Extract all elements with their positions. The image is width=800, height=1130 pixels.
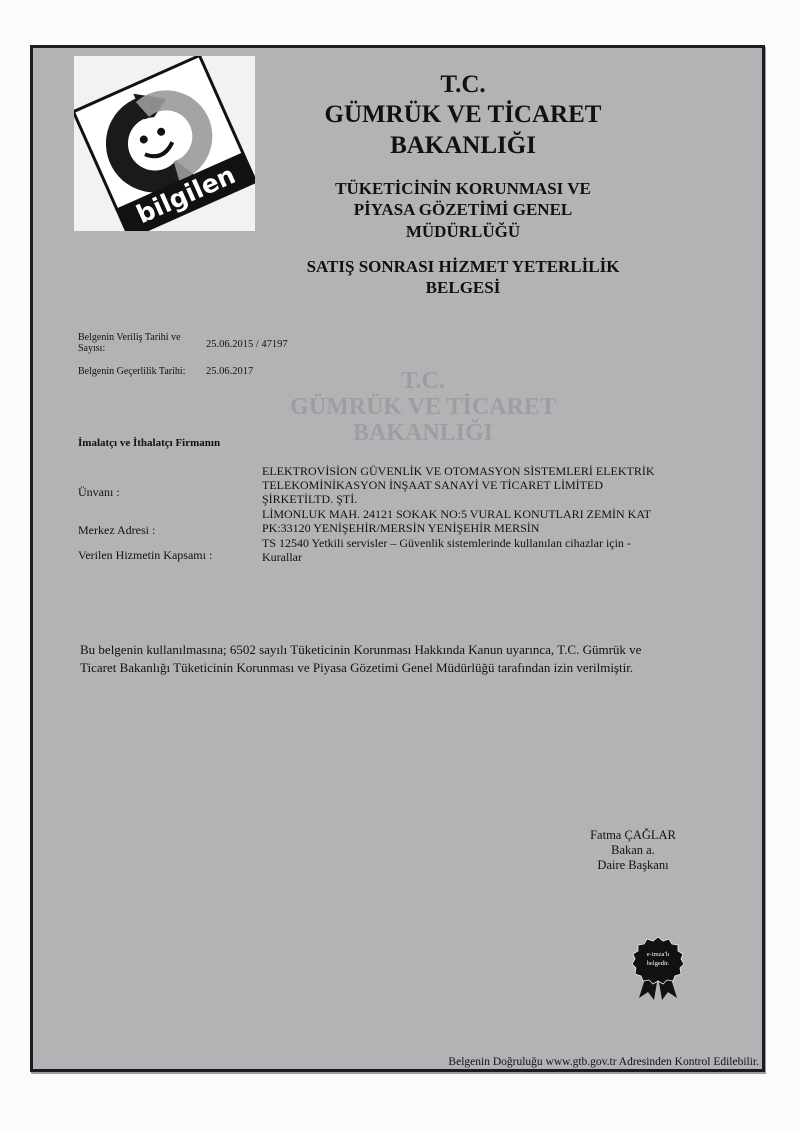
certificate-frame: bilgilen T.C. GÜMRÜK VE TİCARET BAKANLIĞ…	[30, 45, 765, 1072]
document-title-1: SATIŞ SONRASI HİZMET YETERLİLİK	[213, 256, 713, 277]
scope-label: Verilen Hizmetin Kapsamı :	[78, 548, 212, 562]
authorization-statement: Bu belgenin kullanılmasına; 6502 sayılı …	[80, 641, 740, 677]
validity-date-value: 25.06.2017	[206, 366, 253, 377]
signatory-role-2: Daire Başkanı	[563, 858, 703, 873]
header-ministry-2: BAKANLIĞI	[213, 131, 713, 161]
ribbon-seal-icon: e-imza'lı belgedir.	[627, 936, 689, 1002]
signatory-role-1: Bakan a.	[563, 843, 703, 858]
document-title-2: BELGESİ	[213, 277, 713, 298]
address-value: LİMONLUK MAH. 24121 SOKAK NO:5 VURAL KON…	[262, 507, 651, 535]
validity-date-label: Belgenin Geçerlilik Tarihi:	[78, 366, 185, 377]
e-signature-seal: e-imza'lı belgedir.	[627, 936, 689, 1002]
svg-text:e-imza'lı: e-imza'lı	[647, 951, 670, 958]
signatory-name: Fatma ÇAĞLAR	[563, 828, 703, 843]
svg-text:belgedir.: belgedir.	[647, 960, 670, 967]
directorate-line-2: PİYASA GÖZETİMİ GENEL	[213, 200, 713, 220]
directorate-line-3: MÜDÜRLÜĞÜ	[213, 222, 713, 242]
scope-value: TS 12540 Yetkili servisler – Güvenlik si…	[262, 536, 631, 564]
issue-date-label: Belgenin Veriliş Tarihi ve Sayısı:	[78, 332, 181, 354]
header-tc: T.C.	[213, 70, 713, 100]
issue-date-value: 25.06.2015 / 47197	[206, 339, 288, 350]
verification-footer: Belgenin Doğruluğu www.gtb.gov.tr Adresi…	[448, 1056, 759, 1068]
watermark: T.C. GÜMRÜK VE TİCARET BAKANLIĞI	[263, 368, 583, 446]
firm-title-value: ELEKTROVİSİON GÜVENLİK VE OTOMASYON SİST…	[262, 464, 655, 506]
firm-section-title: İmalatçı ve İthalatçı Firmanın	[78, 436, 220, 450]
firm-title-label: Ünvanı :	[78, 485, 120, 499]
address-label: Merkez Adresi :	[78, 523, 155, 537]
header-ministry: GÜMRÜK VE TİCARET	[213, 100, 713, 130]
directorate-line-1: TÜKETİCİNİN KORUNMASI VE	[213, 179, 713, 199]
